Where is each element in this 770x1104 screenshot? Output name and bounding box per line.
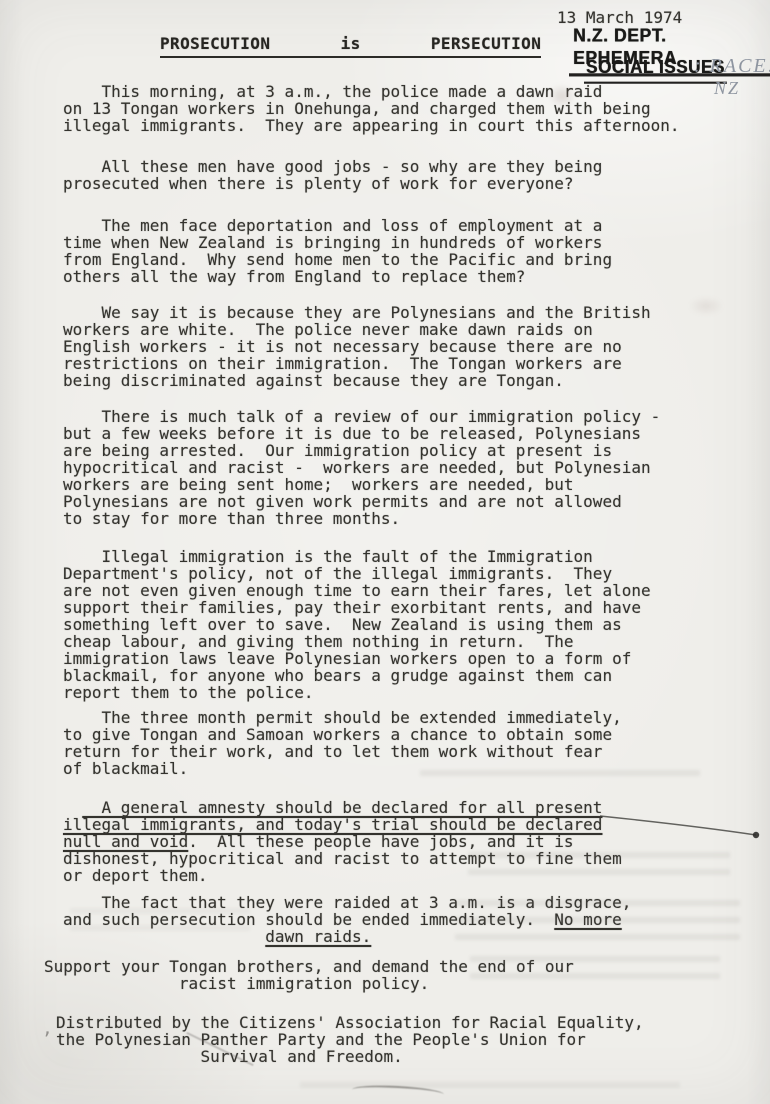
paragraph-policy-review: There is much talk of a review of our im… xyxy=(63,408,731,527)
ghost-text-impression xyxy=(455,900,740,944)
handwritten-race-annotation: : RACE: xyxy=(694,55,770,78)
ghost-text-impression xyxy=(70,908,250,938)
pen-stroke-annotation xyxy=(598,806,770,850)
ghost-text-impression xyxy=(470,956,720,982)
paper-stain xyxy=(688,296,724,316)
pen-dot xyxy=(753,832,759,838)
paragraph-deportation: The men face deportation and loss of emp… xyxy=(63,217,731,285)
paragraph-polynesians: We say it is because they are Polynesian… xyxy=(63,304,731,389)
dawn-raids-underlined: dawn raids. xyxy=(265,927,371,946)
document-title: PROSECUTION is PERSECUTION xyxy=(160,34,541,53)
paragraph-good-jobs: All these men have good jobs - so why ar… xyxy=(63,158,731,192)
paragraph-immigration-dept: Illegal immigration is the fault of the … xyxy=(63,548,731,701)
document-title-text: PROSECUTION is PERSECUTION xyxy=(160,34,541,58)
scanned-leaflet-page: 13 March 1974 N.Z. DEPT. EPHEMERA SOCIAL… xyxy=(0,0,770,1104)
paper-stain xyxy=(548,84,576,108)
ghost-text-impression xyxy=(420,770,700,784)
paragraph-dawn-raid: This morning, at 3 a.m., the police made… xyxy=(63,83,731,134)
stray-comma-mark: , xyxy=(42,1018,53,1039)
paragraph-three-month-permit: The three month permit should be extende… xyxy=(63,709,731,777)
ghost-text-impression xyxy=(468,852,730,878)
paragraph-distributed-by: Distributed by the Citizens' Association… xyxy=(56,1014,724,1065)
